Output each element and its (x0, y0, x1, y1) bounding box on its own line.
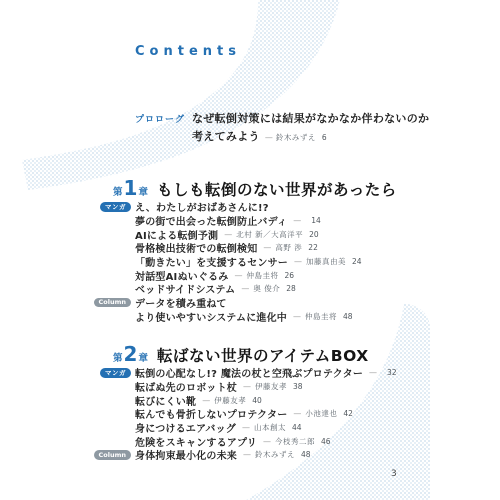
entry-author: 奥 俊介 (253, 283, 280, 294)
toc-entry: 転ばぬ先のロボット杖 — 伊藤友孝 38 (102, 380, 397, 394)
prologue-label: プロローグ (135, 112, 185, 125)
chapter-2-section: 第2章 転ばない世界のアイテムBOX マンガ 転倒の心配なし!? 魔法の杖と空飛… (102, 342, 397, 462)
prologue-page-number: 6 (322, 133, 327, 142)
toc-entry: ベッドサイドシステム — 奥 俊介 28 (102, 282, 397, 296)
prologue-author: 鈴木みずえ (276, 133, 316, 142)
halftone-swirl-top (22, 0, 340, 190)
entry-author: 小池達也 (305, 408, 337, 419)
entry-author: 山本創太 (254, 422, 286, 433)
entry-page-number: 38 (293, 382, 303, 391)
dash-separator: — (202, 396, 210, 405)
chapter-2-heading: 第2章 転ばない世界のアイテムBOX (102, 342, 397, 364)
entry-page-number: 42 (343, 409, 353, 418)
entry-page-number: 28 (286, 284, 296, 293)
toc-entry: 身につけるエアバッグ — 山本創太 44 (102, 421, 397, 435)
page-number: 3 (391, 469, 397, 479)
chapter-1-entries: マンガ え、わたしがおばあさんに!? 夢の街で出会った転倒防止バディ — 14 … (102, 200, 397, 323)
entry-author: 伊藤友孝 (255, 381, 287, 392)
chapter-2-number-label: 第2章 (113, 342, 148, 366)
toc-entry: 転びにくい靴 — 伊藤友孝 40 (102, 393, 397, 407)
dash-separator: — (224, 230, 232, 239)
prologue-title-line2: 考えてみよう (192, 130, 260, 143)
toc-entry: Column データを積み重ねて (102, 296, 397, 310)
dash-separator: — (234, 271, 242, 280)
toc-page: Contents プロローグ なぜ転倒対策には結果がなかなか伴わないのか 考えて… (0, 0, 500, 500)
entry-page-number: 14 (311, 216, 321, 225)
toc-entry: 骨格検出技術での転倒検知 — 高野 渉 22 (102, 241, 397, 255)
contents-heading: Contents (135, 44, 241, 59)
entry-author: 仲島圭将 (305, 311, 337, 322)
entry-author: 北村 新／大高洋平 (236, 229, 303, 240)
toc-entry: 危険をスキャンするアプリ — 今枝秀二郎 46 (102, 434, 397, 448)
entry-page-number: 32 (387, 368, 397, 377)
chapter-suffix: 章 (138, 187, 148, 198)
entry-author: 加藤真由美 (306, 256, 346, 267)
entry-page-number: 40 (252, 396, 262, 405)
dash-separator: — (241, 284, 249, 293)
toc-entry: 「動きたい」を支援するセンサー — 加藤真由美 24 (102, 255, 397, 269)
chapter-number: 2 (124, 342, 138, 366)
dash-separator: — (294, 257, 302, 266)
prologue-entry: プロローグ なぜ転倒対策には結果がなかなか伴わないのか 考えてみよう—鈴木みずえ… (135, 109, 429, 146)
toc-entry: 夢の街で出会った転倒防止バディ — 14 (102, 214, 397, 228)
entry-page-number: 24 (352, 257, 362, 266)
entry-page-number: 26 (284, 271, 294, 280)
entry-author: 高野 渉 (275, 242, 302, 253)
manga-badge: マンガ (100, 368, 131, 378)
entry-page-number: 48 (301, 450, 311, 459)
toc-entry: マンガ 転倒の心配なし!? 魔法の杖と空飛ぶプロテクター — 32 (102, 366, 397, 380)
entry-page-number: 20 (309, 230, 319, 239)
chapter-1-heading: 第1章 もしも転倒のない世界があったら (102, 176, 397, 198)
entry-author: 今枝秀二郎 (275, 436, 315, 447)
dash-separator: — (263, 243, 271, 252)
toc-entry: マンガ え、わたしがおばあさんに!? (102, 200, 397, 214)
dash-separator: — (243, 450, 251, 459)
chapter-2-title: 転ばない世界のアイテムBOX (157, 344, 369, 366)
entry-title: より使いやすいシステムに進化中 (135, 309, 287, 324)
dash-separator: — (243, 382, 251, 391)
toc-entry: Column 身体拘束最小化の未来 — 鈴木みずえ 48 (102, 448, 397, 462)
entry-author: 伊藤友孝 (214, 395, 246, 406)
dash-separator: — (265, 133, 273, 142)
prologue-text: なぜ転倒対策には結果がなかなか伴わないのか 考えてみよう—鈴木みずえ6 (192, 109, 429, 146)
dash-separator: — (293, 312, 301, 321)
entry-page-number: 44 (292, 423, 302, 432)
chapter-2-entries: マンガ 転倒の心配なし!? 魔法の杖と空飛ぶプロテクター — 32 転ばぬ先のロ… (102, 366, 397, 462)
dash-separator: — (369, 368, 377, 377)
column-badge: Column (94, 298, 132, 308)
dash-separator: — (263, 437, 271, 446)
chapter-number: 1 (124, 176, 138, 200)
chapter-1-title: もしも転倒のない世界があったら (157, 178, 397, 200)
entry-page-number: 46 (321, 437, 331, 446)
manga-badge: マンガ (100, 202, 131, 212)
entry-author: 鈴木みずえ (255, 449, 295, 460)
entry-page-number: 48 (343, 312, 353, 321)
chapter-prefix: 第 (113, 187, 123, 198)
entry-author: 仲島圭将 (246, 270, 278, 281)
dash-separator: — (293, 216, 301, 225)
chapter-prefix: 第 (113, 353, 123, 364)
toc-entry: AIによる転倒予測 — 北村 新／大高洋平 20 (102, 227, 397, 241)
chapter-1-section: 第1章 もしも転倒のない世界があったら マンガ え、わたしがおばあさんに!? 夢… (102, 176, 397, 323)
chapter-suffix: 章 (138, 353, 148, 364)
prologue-title-line1: なぜ転倒対策には結果がなかなか伴わないのか (192, 112, 429, 125)
column-badge: Column (94, 450, 132, 460)
dash-separator: — (293, 409, 301, 418)
entry-title: 身体拘束最小化の未来 (135, 447, 237, 462)
chapter-1-number-label: 第1章 (113, 176, 148, 200)
toc-entry: より使いやすいシステムに進化中 — 仲島圭将 48 (102, 310, 397, 324)
entry-page-number: 22 (308, 243, 318, 252)
dash-separator: — (242, 423, 250, 432)
toc-entry: 転んでも骨折しないプロテクター — 小池達也 42 (102, 407, 397, 421)
toc-entry: 対話型AIぬいぐるみ — 仲島圭将 26 (102, 268, 397, 282)
